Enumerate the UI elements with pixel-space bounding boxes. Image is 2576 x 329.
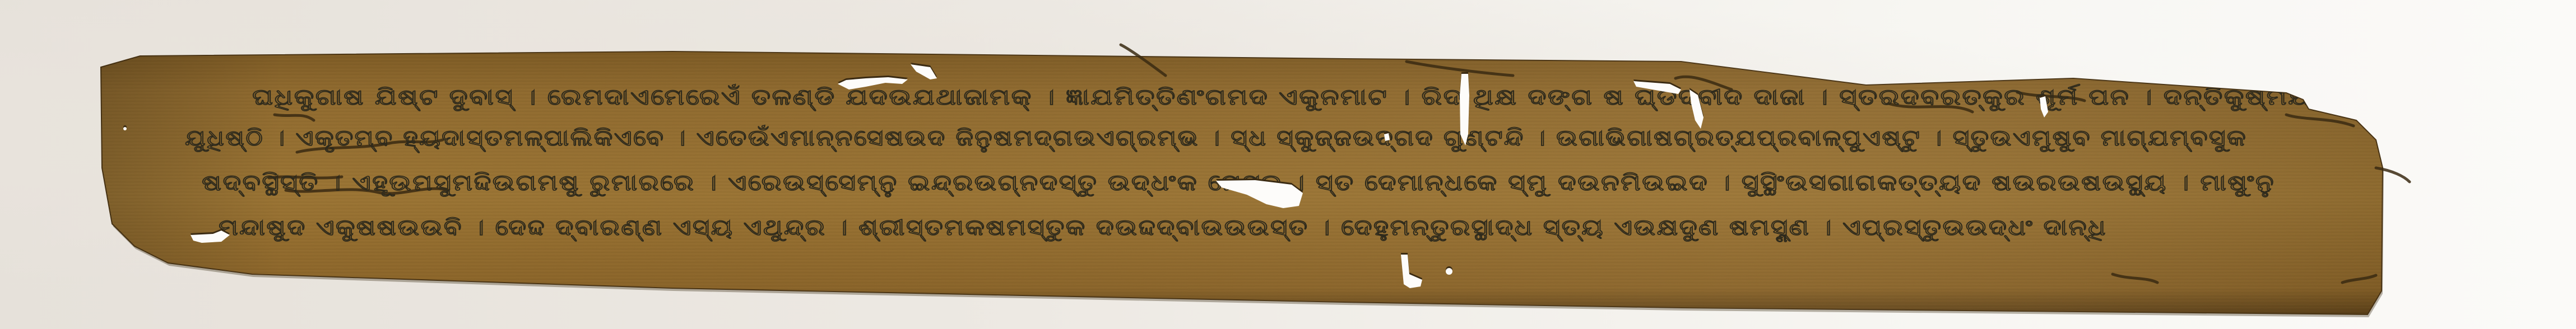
small-hole-1 xyxy=(1446,268,1452,275)
manuscript-line-1: ଘଧିକୁଗାଷ ଯିଷ୍ଟ ଦୁବାସ୍‌ । ରେମଦାଏମେରେଏଁ ତଳ… xyxy=(252,84,2331,111)
manuscript-line-4: ମନ୍ଦାଷୁଦ ଏକୁଷଷଉଉବି । ଦେଦ୍ଦ ଦ୍ବାରଣ୍ଣ ଏସ୍ୟ… xyxy=(219,215,2107,242)
palm-leaf-manuscript: ଘଧିକୁଗାଷ ଯିଷ୍ଟ ଦୁବାସ୍‌ । ରେମଦାଏମେରେଏଁ ତଳ… xyxy=(0,0,2576,329)
small-hole-2 xyxy=(123,127,127,130)
vertical-crack-top xyxy=(1460,74,1469,145)
manuscript-line-2: ଯୁଧିଷ୍ଠି । ଏକୃତମ୍ବ ହ୍ୟଦାସ୍ତମଳ୍ପାଲିକିଏବେ … xyxy=(185,125,2247,153)
